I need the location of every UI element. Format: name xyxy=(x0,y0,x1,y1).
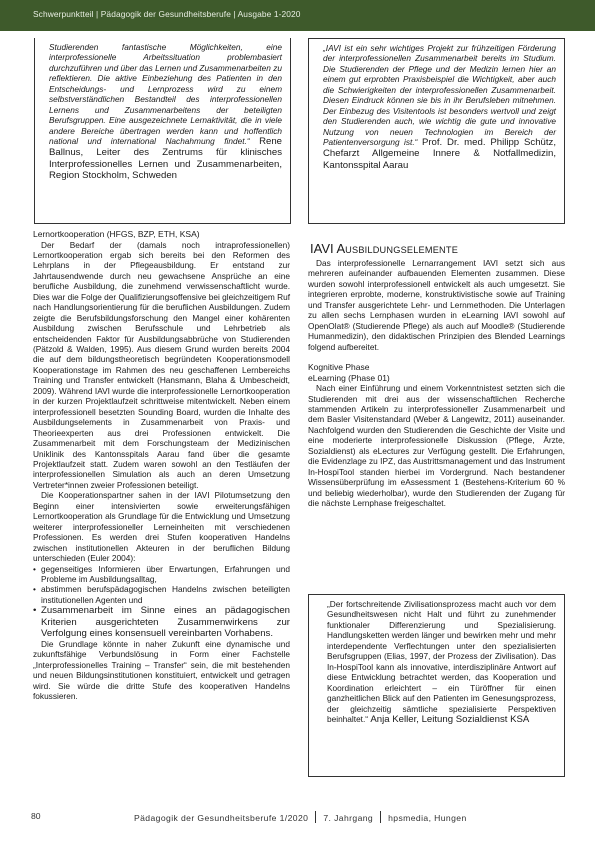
quote-text: „IAVI ist ein sehr wichtiges Projekt zur… xyxy=(323,43,556,147)
volume: 7. Jahrgang xyxy=(323,813,373,823)
subheading-kognitive-phase: Kognitive Phase xyxy=(308,362,565,373)
paragraph: Die Kooperationspartner sahen in der IAV… xyxy=(33,490,290,563)
quote-box-schuetz: „IAVI ist ein sehr wichtiges Projekt zur… xyxy=(308,38,565,224)
right-column: Das interprofessionelle Lernarrangement … xyxy=(308,258,565,509)
divider xyxy=(380,811,381,823)
quote-text: Studierenden fantastische Möglichkeiten,… xyxy=(49,42,282,146)
bullet-list: gegenseitiges Informieren über Erwartung… xyxy=(33,564,290,639)
left-column: Lernortkooperation (HFGS, BZP, ETH, KSA)… xyxy=(33,229,290,702)
running-head: Schwerpunktteil | Pädagogik der Gesundhe… xyxy=(33,9,301,19)
section-title-smallcaps: USBILDUNGSELEMENTE xyxy=(345,245,458,255)
paragraph: Die Grundlage könnte in naher Zukunft ei… xyxy=(33,639,290,702)
quote-box-ballnus: Studierenden fantastische Möglichkeiten,… xyxy=(34,38,291,224)
publisher: hpsmedia, Hungen xyxy=(388,813,467,823)
page-number: 80 xyxy=(31,811,41,821)
bullet-item: gegenseitiges Informieren über Erwartung… xyxy=(33,564,290,585)
quote-box-keller: „Der fortschreitende Zivilisationsprozes… xyxy=(308,594,565,777)
running-header-bar: Schwerpunktteil | Pädagogik der Gesundhe… xyxy=(0,0,595,31)
subheading-lernortkooperation: Lernortkooperation (HFGS, BZP, ETH, KSA) xyxy=(33,229,290,240)
section-title-lead: IAVI A xyxy=(310,241,345,256)
paragraph: Nach einer Einführung und einem Vorkennt… xyxy=(308,383,565,508)
footer-citation: Pädagogik der Gesundheitsberufe 1/20207.… xyxy=(134,811,467,823)
bullet-item: Zusammenarbeit im Sinne eines an pädagog… xyxy=(33,605,290,639)
quote-text: „Der fortschreitende Zivilisationsprozes… xyxy=(327,599,556,724)
section-title: IAVI AUSBILDUNGSELEMENTE xyxy=(310,241,458,256)
paragraph: Der Bedarf der (damals noch intraprofess… xyxy=(33,240,290,491)
journal-name: Pädagogik der Gesundheitsberufe 1/2020 xyxy=(134,813,308,823)
paragraph: Das interprofessionelle Lernarrangement … xyxy=(308,258,565,352)
quote-attribution: Anja Keller, Leitung Sozialdienst KSA xyxy=(370,714,529,725)
bullet-item: abstimmen berufspädagogischen Handelns z… xyxy=(33,584,290,605)
divider xyxy=(315,811,316,823)
subheading-elearning: eLearning (Phase 01) xyxy=(308,373,565,384)
